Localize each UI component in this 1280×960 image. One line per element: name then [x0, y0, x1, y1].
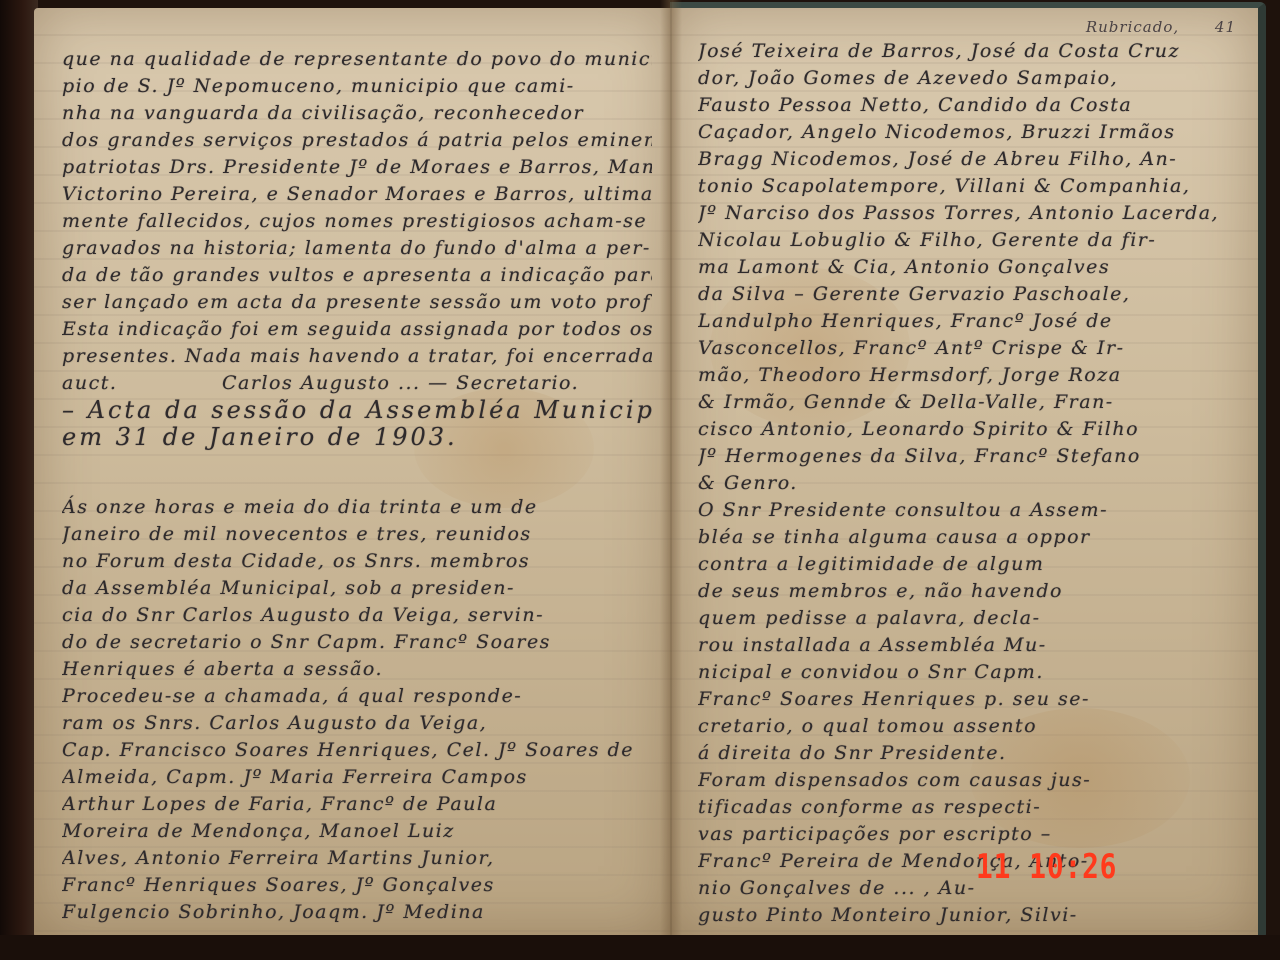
text-line: cisco Antonio, Leonardo Spirito & Filho: [698, 416, 1248, 443]
text-line: Fausto Pessoa Netto, Candido da Costa: [698, 92, 1248, 119]
text-line: cia do Snr Carlos Augusto da Veiga, serv…: [62, 602, 652, 629]
text-line: bléa se tinha alguma causa a oppor: [698, 524, 1248, 551]
text-line: Nicolau Lobuglio & Filho, Gerente da fir…: [698, 227, 1248, 254]
text-line: Moreira de Mendonça, Manoel Luiz: [62, 818, 652, 845]
text-line: dos grandes serviços prestados á patria …: [62, 127, 652, 154]
text-line: presentes. Nada mais havendo a tratar, f…: [62, 343, 652, 370]
page-header: Rubricado, 41: [1086, 18, 1236, 36]
text-line: Cap. Francisco Soares Henriques, Cel. Jº…: [62, 737, 652, 764]
text-line: Bragg Nicodemos, José de Abreu Filho, An…: [698, 146, 1248, 173]
text-line: vas participações por escripto –: [698, 821, 1248, 848]
text-line: nio Gonçalves de ... , Au-: [698, 875, 1248, 902]
text-line: Francº Pereira de Mendonça, Anto-: [698, 848, 1248, 875]
text-line: Jº Hermogenes da Silva, Francº Stefano: [698, 443, 1248, 470]
text-line: no Forum desta Cidade, os Snrs. membros: [62, 548, 652, 575]
session-date: em 31 de Janeiro de 1903.: [62, 424, 652, 451]
text-line: & Genro.: [698, 470, 1248, 497]
text-line: ser lançado em acta da presente sessão u…: [62, 289, 652, 316]
text-line: Almeida, Capm. Jº Maria Ferreira Campos: [62, 764, 652, 791]
text-line: pio de S. Jº Nepomuceno, municipio que c…: [62, 73, 652, 100]
text-line: & Irmão, Gennde & Della-Valle, Fran-: [698, 389, 1248, 416]
camera-date-stamp: 1110:26: [976, 847, 1117, 887]
text-line: que na qualidade de representante do pov…: [62, 46, 652, 73]
left-page: que na qualidade de representante do pov…: [34, 8, 670, 938]
text-line: Vasconcellos, Francº Antº Crispe & Ir-: [698, 335, 1248, 362]
text-line: dor, João Gomes de Azevedo Sampaio,: [698, 65, 1248, 92]
text-line: Arthur Lopes de Faria, Francº de Paula: [62, 791, 652, 818]
book-gutter: [660, 0, 682, 940]
book-edge-bottom: [0, 935, 1280, 960]
text-line: O Snr Presidente consultou a Assem-: [698, 497, 1248, 524]
left-page-session-text: Ás onze horas e meia do dia trinta e um …: [62, 494, 652, 926]
text-line: Fulgencio Sobrinho, Joaqm. Jº Medina: [62, 899, 652, 926]
text-line: da de tão grandes vultos e apresenta a i…: [62, 262, 652, 289]
text-line: Francº Henriques Soares, Jº Gonçalves: [62, 872, 652, 899]
right-page: Rubricado, 41 José Teixeira de Barros, J…: [670, 2, 1266, 938]
text-line: gusto Pinto Monteiro Junior, Silvi-: [698, 902, 1248, 929]
text-line: mente fallecidos, cujos nomes prestigios…: [62, 208, 652, 235]
text-line: Jº Narciso dos Passos Torres, Antonio La…: [698, 200, 1248, 227]
text-line: Henriques é aberta a sessão.: [62, 656, 652, 683]
timestamp-day: 11: [976, 847, 1011, 887]
session-title: – Acta da sessão da Assembléa Municipal: [62, 397, 652, 424]
text-line: Francº Soares Henriques p. seu se-: [698, 686, 1248, 713]
text-line: gravados na historia; lamenta do fundo d…: [62, 235, 652, 262]
text-line: á direita do Snr Presidente.: [698, 740, 1248, 767]
text-line: nicipal e convidou o Snr Capm.: [698, 659, 1248, 686]
right-page-attendee-list: José Teixeira de Barros, José da Costa C…: [698, 38, 1248, 929]
text-line: cretario, o qual tomou assento: [698, 713, 1248, 740]
text-line: Alves, Antonio Ferreira Martins Junior,: [62, 845, 652, 872]
left-page-continued-text: que na qualidade de representante do pov…: [62, 46, 652, 451]
page-number: 41: [1215, 18, 1236, 36]
text-line: nha na vanguarda da civilisação, reconhe…: [62, 100, 652, 127]
text-line: da Silva – Gerente Gervazio Paschoale,: [698, 281, 1248, 308]
text-line: contra a legitimidade de algum: [698, 551, 1248, 578]
text-line: do de secretario o Snr Capm. Francº Soar…: [62, 629, 652, 656]
text-line: de seus membros e, não havendo: [698, 578, 1248, 605]
text-line: da Assembléa Municipal, sob a presiden-: [62, 575, 652, 602]
text-line: tificadas conforme as respecti-: [698, 794, 1248, 821]
text-line: ma Lamont & Cia, Antonio Gonçalves: [698, 254, 1248, 281]
secretary-signature: Carlos Augusto ... — Secretario.: [62, 370, 652, 397]
text-line: quem pedisse a palavra, decla-: [698, 605, 1248, 632]
rubric-note: Rubricado,: [1086, 18, 1179, 36]
text-line: mão, Theodoro Hermsdorf, Jorge Roza: [698, 362, 1248, 389]
text-line: Caçador, Angelo Nicodemos, Bruzzi Irmãos: [698, 119, 1248, 146]
text-line: Ás onze horas e meia do dia trinta e um …: [62, 494, 652, 521]
text-line: Janeiro de mil novecentos e tres, reunid…: [62, 521, 652, 548]
text-line: tonio Scapolatempore, Villani & Companhi…: [698, 173, 1248, 200]
text-line: Foram dispensados com causas jus-: [698, 767, 1248, 794]
text-line: patriotas Drs. Presidente Jº de Moraes e…: [62, 154, 652, 181]
text-line: ram os Snrs. Carlos Augusto da Veiga,: [62, 710, 652, 737]
text-line: Esta indicação foi em seguida assignada …: [62, 316, 652, 343]
text-line: Landulpho Henriques, Francº José de: [698, 308, 1248, 335]
text-line: Victorino Pereira, e Senador Moraes e Ba…: [62, 181, 652, 208]
text-line: Procedeu-se a chamada, á qual responde-: [62, 683, 652, 710]
book-edge-left: [0, 0, 38, 960]
text-line: rou installada a Assembléa Mu-: [698, 632, 1248, 659]
timestamp-time: 10:26: [1029, 847, 1117, 887]
text-line: José Teixeira de Barros, José da Costa C…: [698, 38, 1248, 65]
